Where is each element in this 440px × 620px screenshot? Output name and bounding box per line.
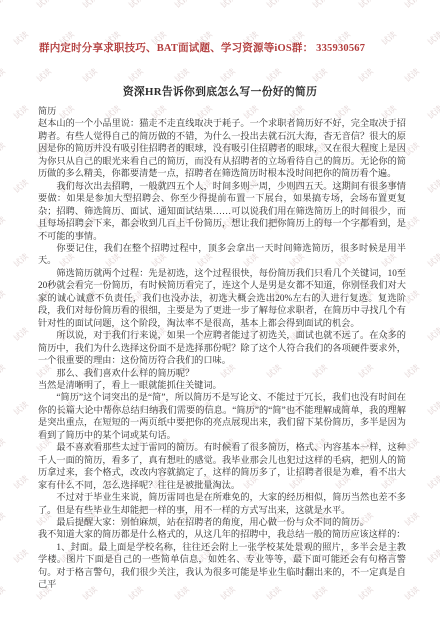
watermark-text: 试读 — [0, 288, 8, 307]
watermark-text: 试读 — [126, 66, 145, 85]
watermark-text: 试读 — [11, 103, 30, 122]
paragraph: 我不知道大家的简历都是什么格式的，从这几年的招聘中，我总结一般的简历应该这样的： — [38, 528, 406, 540]
watermark-text: 试读 — [356, 0, 375, 11]
paragraph: “简历”这个词突出的是“简”，所以简历不是写论文、不能过于冗长，我们也没有时间在… — [38, 391, 406, 441]
watermark-text: 试读 — [11, 29, 30, 48]
watermark-text: 试读 — [264, 0, 283, 11]
watermark-text: 试读 — [0, 436, 8, 455]
watermark-text: 试读 — [425, 177, 440, 196]
section-label: 简历 — [38, 105, 406, 117]
watermark-text: 试读 — [425, 547, 440, 566]
paragraph: 最不喜欢看那些太过于雷同的简历。有时候看了很多简历，格式、内容基本一样，这种千人… — [38, 441, 406, 491]
watermark-text: 试读 — [0, 214, 8, 233]
document-page: 试读试读试读试读试读试读试读试读试读试读试读试读试读试读试读试读试读试读试读试读… — [0, 0, 440, 620]
watermark-text: 试读 — [0, 0, 8, 11]
watermark-text: 试读 — [425, 251, 440, 270]
watermark-text: 试读 — [0, 584, 8, 603]
watermark-text: 试读 — [34, 0, 53, 11]
watermark-text: 试读 — [0, 510, 8, 529]
watermark-text: 试读 — [11, 325, 30, 344]
watermark-text: 试读 — [425, 399, 440, 418]
paragraph: 不过对于毕业生来说，简历雷同也是在所难免的，大家的经历相似，简历当然也差不多了。… — [38, 491, 406, 516]
watermark-text: 试读 — [218, 0, 237, 11]
watermark-text: 试读 — [11, 177, 30, 196]
watermark-text: 试读 — [0, 362, 8, 381]
watermark-text: 试读 — [11, 473, 30, 492]
promo-line: 群内定时分享求职技巧、BAT面试题、学习资源等iOS群： 335930567 — [39, 42, 409, 56]
watermark-text: 试读 — [34, 66, 53, 85]
watermark-text: 试读 — [356, 66, 375, 85]
watermark-text: 试读 — [11, 399, 30, 418]
watermark-text: 试读 — [310, 66, 329, 85]
paragraph: 你要记住，我们在整个招聘过程中，顶多会拿出一天时间筛选简历，很多时候是用半天。 — [38, 242, 406, 267]
watermark-text: 试读 — [11, 547, 30, 566]
paragraph: 1、封面。最上面是学校名称，往往还会附上一张学校某处景观的照片，多半会是主教学楼… — [38, 541, 406, 591]
page-title: 资深HR告诉你到底怎么写一份好的简历 — [0, 84, 440, 99]
watermark-text: 试读 — [80, 66, 99, 85]
paragraph: 那么、我们喜欢什么样的简历呢？ — [38, 367, 406, 379]
watermark-text: 试读 — [11, 251, 30, 270]
watermark-text: 试读 — [218, 66, 237, 85]
watermark-text: 试读 — [402, 0, 421, 11]
watermark-text: 试读 — [80, 0, 99, 11]
watermark-text: 试读 — [425, 325, 440, 344]
watermark-text: 试读 — [425, 473, 440, 492]
paragraph: 最后提醒大家：别怕麻烦，站在招聘者的角度，用心做一份与众不同的简历。 — [38, 516, 406, 528]
watermark-text: 试读 — [425, 29, 440, 48]
watermark-text: 试读 — [126, 0, 145, 11]
watermark-text: 试读 — [172, 66, 191, 85]
watermark-text: 试读 — [0, 140, 8, 159]
watermark-text: 试读 — [172, 0, 191, 11]
document-body: 简历 赵本山的一个小品里说：猫走不走直线取决于耗子。一个求职者简历好不好，完全取… — [38, 105, 406, 591]
watermark-text: 试读 — [264, 66, 283, 85]
paragraph: 我们每次出去招聘，一般就四五个人，时间多则一周，少则四五天。这期间有很多事情要做… — [38, 180, 406, 242]
watermark-text: 试读 — [425, 103, 440, 122]
watermark-text: 试读 — [310, 0, 329, 11]
paragraph: 所以说，对于我们行来说，如果一个应聘者能过了初选关，面试也就不远了。在众多的简历… — [38, 329, 406, 366]
paragraph: 赵本山的一个小品里说：猫走不走直线取决于耗子。一个求职者简历好不好，完全取决于招… — [38, 117, 406, 179]
paragraph: 当然是清晰明了，看上一眼就能抓住关键词。 — [38, 379, 406, 391]
paragraph: 筛选简历就两个过程：先是初选，这个过程很快，每份简历我们只看几个关键词，10至2… — [38, 267, 406, 329]
watermark-text: 试读 — [402, 66, 421, 85]
watermark-text: 试读 — [0, 66, 8, 85]
